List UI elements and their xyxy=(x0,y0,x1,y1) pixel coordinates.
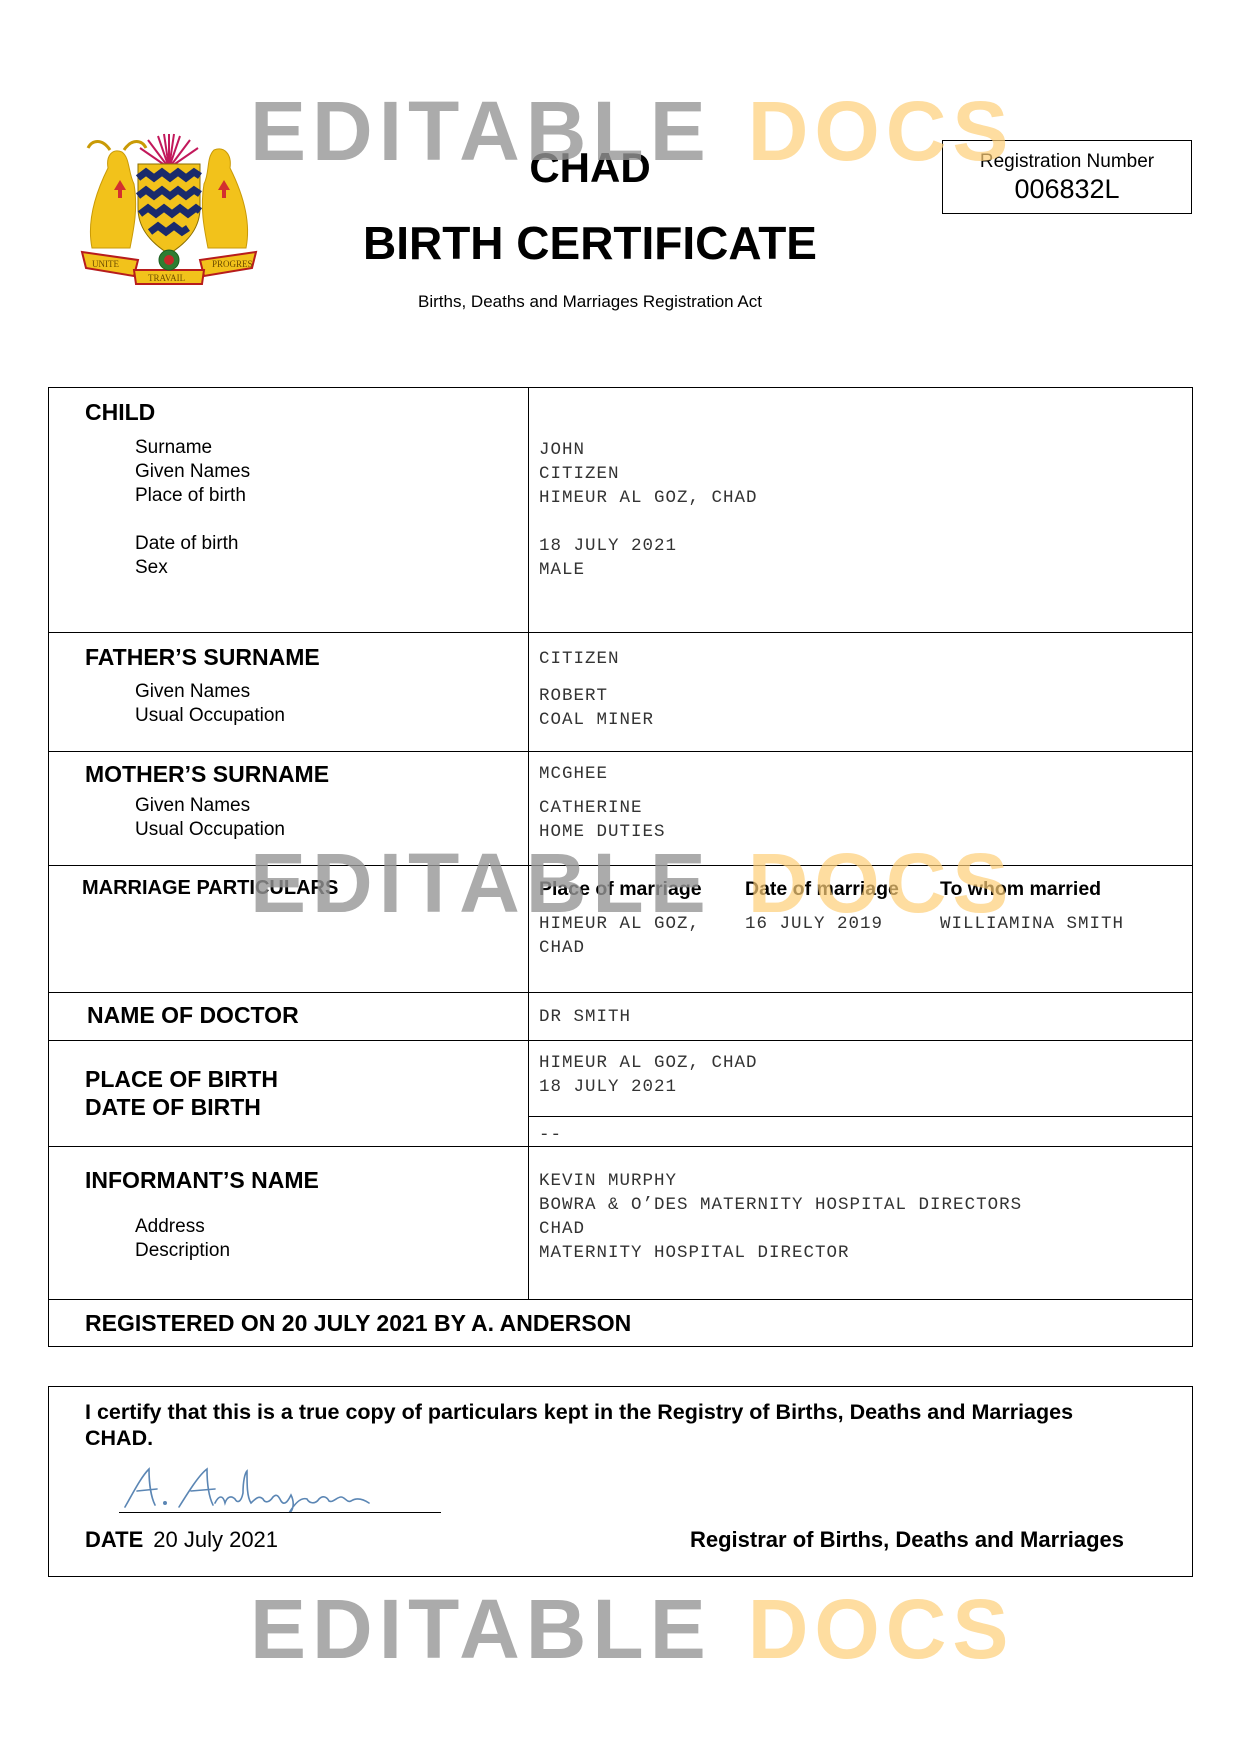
value-informant-address-line1: BOWRA & O’DES MATERNITY HOSPITAL DIRECTO… xyxy=(539,1193,1192,1217)
value-child-given-names: CITIZEN xyxy=(539,462,1192,486)
value-child-surname: JOHN xyxy=(539,438,1192,462)
label-informant-address: Address xyxy=(85,1215,528,1239)
child-section: CHILD Surname Given Names Place of birth… xyxy=(49,388,1192,633)
label-date-of-birth: Date of birth xyxy=(85,532,528,556)
registered-text: REGISTERED ON 20 JULY 2021 BY A. ANDERSO… xyxy=(49,1310,631,1346)
marriage-values-row: HIMEUR AL GOZ, CHAD 16 JULY 2019 WILLIAM… xyxy=(539,912,1192,960)
watermark: EDITABLEDOCS xyxy=(250,1594,1010,1664)
label-informant-description: Description xyxy=(85,1239,528,1263)
value-doctor: DR SMITH xyxy=(539,1005,1192,1029)
label-mother-given-names: Given Names xyxy=(85,794,528,818)
value-marriage-spouse: WILLIAMINA SMITH xyxy=(940,912,1124,960)
doctor-section: NAME OF DOCTOR DR SMITH xyxy=(49,993,1192,1041)
marriage-section: MARRIAGE PARTICULARS Place of marriage D… xyxy=(49,866,1192,993)
date-value: 20 July 2021 xyxy=(153,1527,278,1552)
place-date-of-birth-cell: HIMEUR AL GOZ, CHAD 18 JULY 2021 xyxy=(529,1051,1192,1117)
marriage-labels: MARRIAGE PARTICULARS xyxy=(49,866,529,992)
section-title-mother: MOTHER’S SURNAME xyxy=(85,761,528,788)
column-date-of-marriage: Date of marriage xyxy=(745,878,940,901)
section-title-father: FATHER’S SURNAME xyxy=(85,644,528,671)
value-marriage-place-line2: CHAD xyxy=(539,936,745,960)
doctor-label-cell: NAME OF DOCTOR xyxy=(49,993,529,1040)
place-date-of-birth-labels: PLACE OF BIRTH DATE OF BIRTH xyxy=(49,1041,529,1146)
value-date-of-birth: 18 JULY 2021 xyxy=(539,1075,1192,1099)
date-label: DATE xyxy=(85,1527,143,1552)
value-marriage-place-line1: HIMEUR AL GOZ, xyxy=(539,912,745,936)
value-child-sex: MALE xyxy=(539,558,1192,582)
document-title: BIRTH CERTIFICATE xyxy=(0,216,1180,270)
marriage-values: Place of marriage Date of marriage To wh… xyxy=(529,866,1192,992)
value-informant-description: MATERNITY HOSPITAL DIRECTOR xyxy=(539,1241,1192,1265)
informant-values: KEVIN MURPHY BOWRA & O’DES MATERNITY HOS… xyxy=(529,1147,1192,1299)
mother-section: MOTHER’S SURNAME Given Names Usual Occup… xyxy=(49,752,1192,866)
label-father-given-names: Given Names xyxy=(85,680,528,704)
mother-labels: MOTHER’S SURNAME Given Names Usual Occup… xyxy=(49,752,529,865)
doctor-value-cell: DR SMITH xyxy=(529,993,1192,1040)
value-mother-surname: MCGHEE xyxy=(539,762,1192,786)
label-father-occupation: Usual Occupation xyxy=(85,704,528,728)
label-surname: Surname xyxy=(85,436,528,460)
document-subtitle: Births, Deaths and Marriages Registratio… xyxy=(0,292,1180,312)
child-values: JOHN CITIZEN HIMEUR AL GOZ, CHAD 18 JULY… xyxy=(529,388,1192,632)
svg-text:TRAVAIL: TRAVAIL xyxy=(148,273,185,283)
place-date-of-birth-section: PLACE OF BIRTH DATE OF BIRTH HIMEUR AL G… xyxy=(49,1041,1192,1147)
value-informant-address-line2: CHAD xyxy=(539,1217,1192,1241)
value-marriage-date: 16 JULY 2019 xyxy=(745,912,940,960)
registration-number-label: Registration Number xyxy=(943,151,1191,173)
column-to-whom-married: To whom married xyxy=(940,878,1101,901)
column-place-of-marriage: Place of marriage xyxy=(539,878,745,901)
registered-row: REGISTERED ON 20 JULY 2021 BY A. ANDERSO… xyxy=(49,1300,1192,1346)
value-child-date-of-birth: 18 JULY 2021 xyxy=(539,534,1192,558)
father-labels: FATHER’S SURNAME Given Names Usual Occup… xyxy=(49,633,529,751)
marriage-place-cell: HIMEUR AL GOZ, CHAD xyxy=(539,912,745,960)
label-sex: Sex xyxy=(85,556,528,580)
section-title-informant: INFORMANT’S NAME xyxy=(85,1167,528,1194)
registrar-title: Registrar of Births, Deaths and Marriage… xyxy=(690,1527,1124,1553)
section-title-date-of-birth: DATE OF BIRTH xyxy=(85,1093,528,1121)
certification-box: I certify that this is a true copy of pa… xyxy=(48,1386,1193,1577)
father-section: FATHER’S SURNAME Given Names Usual Occup… xyxy=(49,633,1192,752)
section-title-place-of-birth: PLACE OF BIRTH xyxy=(85,1065,528,1093)
label-given-names: Given Names xyxy=(85,460,528,484)
value-informant-name: KEVIN MURPHY xyxy=(539,1169,1192,1193)
label-mother-occupation: Usual Occupation xyxy=(85,818,528,842)
certification-date: DATE20 July 2021 xyxy=(85,1527,278,1553)
registrar-signature xyxy=(119,1463,379,1513)
value-birth-extra: -- xyxy=(529,1123,1192,1147)
value-father-given-names: ROBERT xyxy=(539,684,1192,708)
value-father-occupation: COAL MINER xyxy=(539,708,1192,732)
registration-number-value: 006832L xyxy=(943,174,1191,205)
informant-labels: INFORMANT’S NAME Address Description xyxy=(49,1147,529,1299)
value-father-surname: CITIZEN xyxy=(539,647,1192,671)
registration-number-box: Registration Number 006832L xyxy=(942,140,1192,214)
value-place-of-birth: HIMEUR AL GOZ, CHAD xyxy=(539,1051,1192,1075)
value-mother-occupation: HOME DUTIES xyxy=(539,820,1192,844)
informant-section: INFORMANT’S NAME Address Description KEV… xyxy=(49,1147,1192,1300)
value-child-place-of-birth: HIMEUR AL GOZ, CHAD xyxy=(539,486,1192,510)
marriage-column-headers: Place of marriage Date of marriage To wh… xyxy=(539,878,1192,901)
watermark-text-orange: DOCS xyxy=(748,1582,1015,1676)
place-date-of-birth-values: HIMEUR AL GOZ, CHAD 18 JULY 2021 -- xyxy=(529,1041,1192,1146)
father-values: CITIZEN ROBERT COAL MINER xyxy=(529,633,1192,751)
child-labels: CHILD Surname Given Names Place of birth… xyxy=(49,388,529,632)
value-mother-given-names: CATHERINE xyxy=(539,796,1192,820)
section-title-doctor: NAME OF DOCTOR xyxy=(87,1002,528,1029)
mother-values: MCGHEE CATHERINE HOME DUTIES xyxy=(529,752,1192,865)
watermark-text-gray: EDITABLE xyxy=(250,1582,712,1676)
section-title-marriage: MARRIAGE PARTICULARS xyxy=(82,877,528,900)
label-place-of-birth: Place of birth xyxy=(85,484,528,508)
birth-details-table: CHILD Surname Given Names Place of birth… xyxy=(48,387,1193,1347)
section-title-child: CHILD xyxy=(85,399,528,426)
certification-statement: I certify that this is a true copy of pa… xyxy=(85,1399,1145,1451)
signature-line xyxy=(119,1512,441,1513)
